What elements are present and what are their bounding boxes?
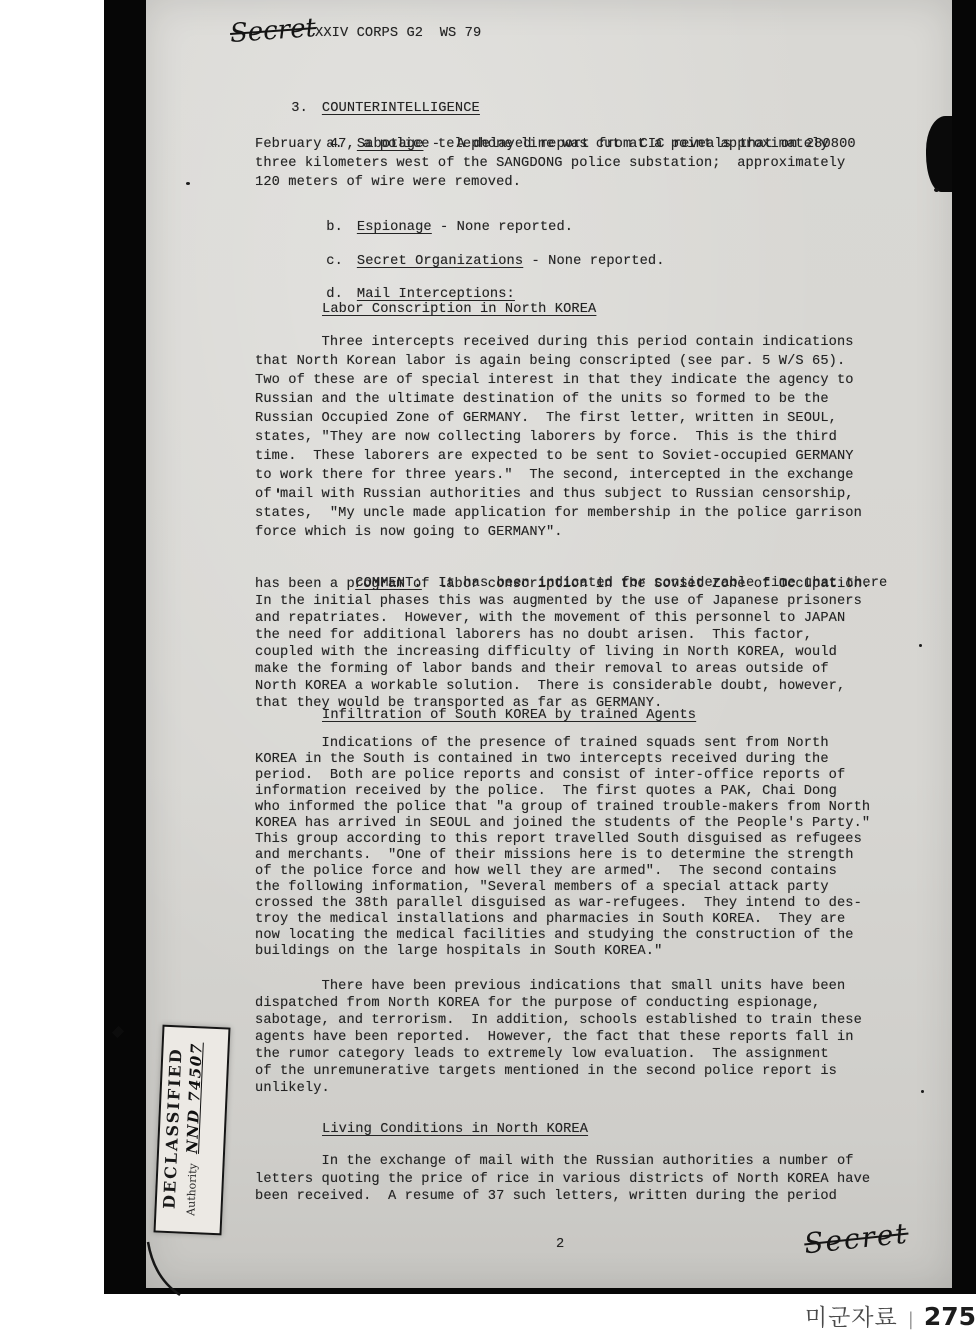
declassified-stamp: DECLASSIFIED Authority NND 74507 [153, 1025, 230, 1236]
document-title: XXIV CORPS G2 WS 79 [315, 24, 481, 43]
infiltration-paragraph: Indications of the presence of trained s… [255, 736, 870, 960]
comment-body: has been a program of labor conscription… [255, 576, 870, 712]
footer-classification-scribble: Secret [803, 1217, 911, 1261]
authority-number: NND 74507 [183, 1042, 206, 1154]
page-number: 2 [556, 1235, 564, 1254]
declassified-stamp-text: DECLASSIFIED Authority NND 74507 [159, 1030, 225, 1228]
living-heading: Living Conditions in North KOREA [322, 1120, 588, 1139]
section-title: COUNTERINTELLIGENCE [322, 101, 480, 116]
item-a-body: February 47, a police telephone line was… [255, 135, 845, 192]
page-speck [921, 1090, 924, 1093]
document-page: Secret XXIV CORPS G2 WS 79 3.COUNTERINTE… [146, 0, 952, 1288]
labor-heading: Labor Conscription in North KOREA [322, 300, 596, 319]
scanned-document-page: { "header": { "handwritten_classificatio… [0, 0, 976, 1336]
ink-blob [926, 116, 952, 192]
item-c-rest: - None reported. [523, 254, 664, 269]
authority-label: Authority [184, 1163, 199, 1216]
page-curl-line [140, 1240, 190, 1300]
caption-divider: | [908, 1309, 914, 1330]
caption-korean-text: 미군자료 [805, 1305, 898, 1331]
living-paragraph: In the exchange of mail with the Russian… [255, 1153, 870, 1206]
infiltration-paragraph-2: There have been previous indications tha… [255, 978, 862, 1097]
page-speck [186, 182, 190, 185]
caption-page-number: 275 [924, 1302, 976, 1331]
page-speck [277, 488, 279, 493]
header-classification-scribble: Secret [229, 13, 317, 49]
ink-dot [934, 188, 939, 192]
archive-caption: 미군자료|275 [716, 1299, 976, 1332]
labor-paragraph: Three intercepts received during this pe… [255, 333, 862, 542]
infiltration-heading: Infiltration of South KOREA by trained A… [322, 706, 696, 725]
page-speck [919, 644, 922, 647]
